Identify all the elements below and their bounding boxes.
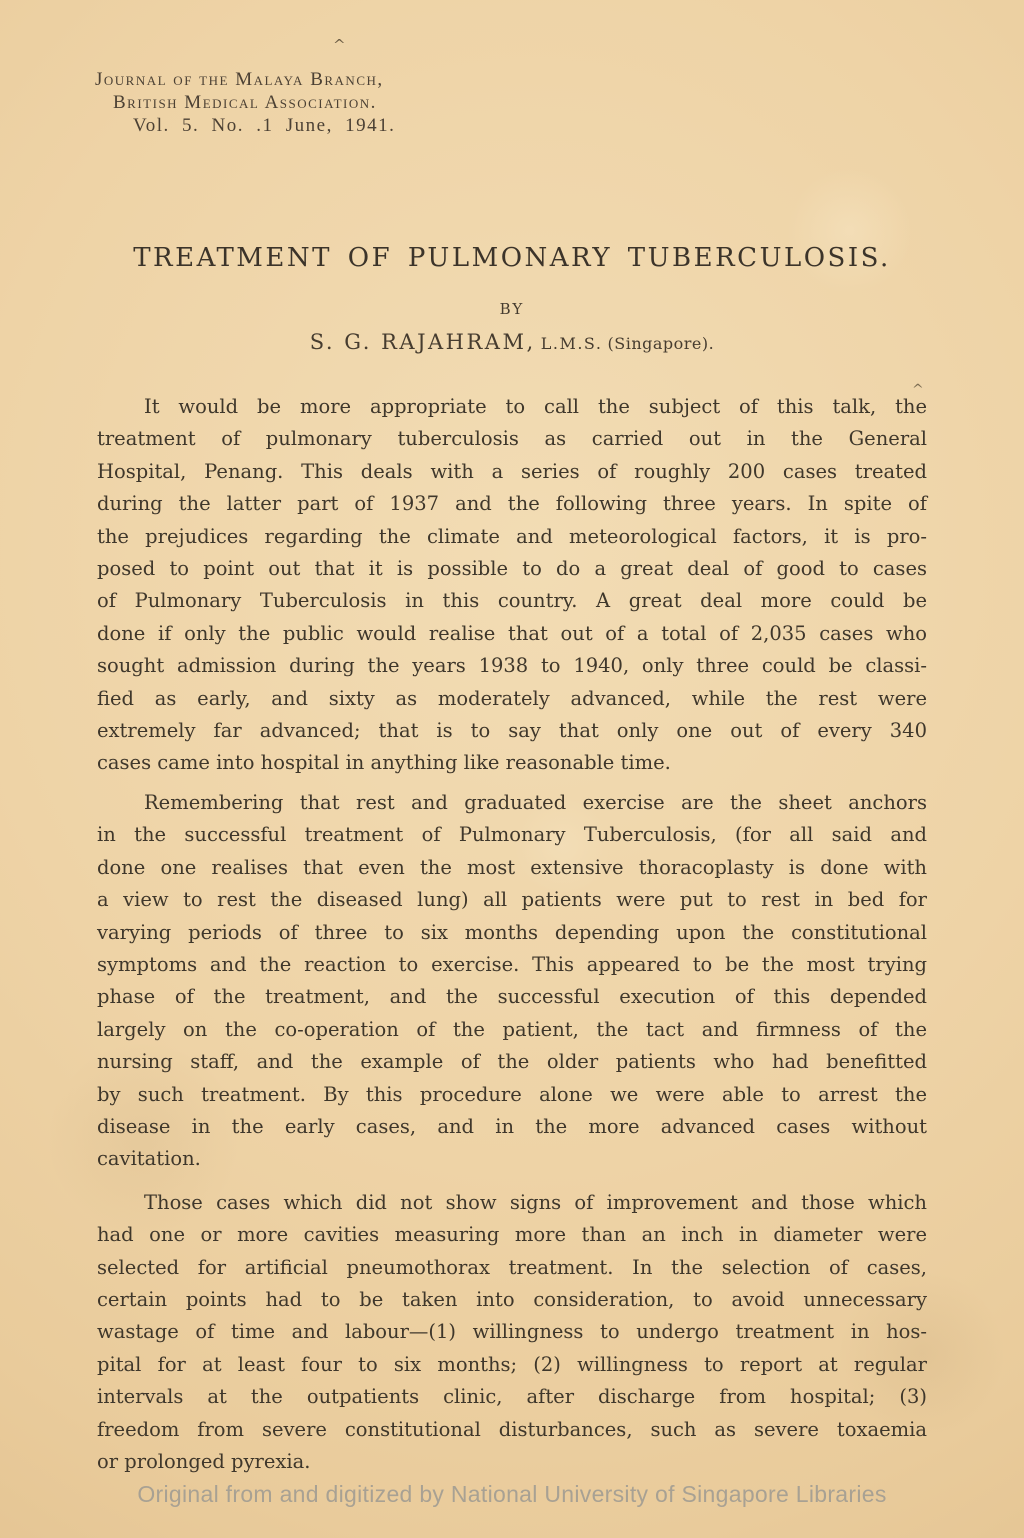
text-line: pital for at least four to six months; (… [97, 1349, 927, 1381]
text-line: cavitation. [97, 1143, 927, 1175]
text-line: done one realises that even the most ext… [97, 852, 927, 884]
byline: BY [0, 300, 1024, 318]
digitization-watermark: Original from and digitized by National … [0, 1481, 1024, 1508]
text-line: Hospital, Penang. This deals with a seri… [97, 456, 927, 488]
text-line: Remembering that rest and graduated exer… [97, 787, 927, 819]
paragraph: Remembering that rest and graduated exer… [97, 787, 927, 1176]
text-line: selected for artificial pneumothorax tre… [97, 1252, 927, 1284]
text-line: or prolonged pyrexia. [97, 1446, 927, 1478]
text-line: intervals at the outpatients clinic, aft… [97, 1381, 927, 1413]
text-line: had one or more cavities measuring more … [97, 1219, 927, 1251]
text-line: the prejudices regarding the climate and… [97, 521, 927, 553]
text-line: in the successful treatment of Pulmonary… [97, 819, 927, 851]
text-line: phase of the treatment, and the successf… [97, 981, 927, 1013]
text-line: symptoms and the reaction to exercise. T… [97, 949, 927, 981]
article-title: TREATMENT OF PULMONARY TUBERCULOSIS. [0, 243, 1024, 273]
text-line: nursing staff, and the example of the ol… [97, 1046, 927, 1078]
text-line: disease in the early cases, and in the m… [97, 1111, 927, 1143]
text-line: varying periods of three to six months d… [97, 917, 927, 949]
text-line: posed to point out that it is possible t… [97, 553, 927, 585]
article-body: It would be more appropriate to call the… [97, 391, 927, 1478]
text-line: wastage of time and labour—(1) willingne… [97, 1316, 927, 1348]
text-line: by such treatment. By this procedure alo… [97, 1079, 927, 1111]
scanned-document-page: ^ ^ Journal of the Malaya Branch, Britis… [0, 0, 1024, 1538]
paragraph: It would be more appropriate to call the… [97, 391, 927, 780]
text-line: during the latter part of 1937 and the f… [97, 488, 927, 520]
text-line: freedom from severe constitutional distu… [97, 1414, 927, 1446]
text-line: cases came into hospital in anything lik… [97, 747, 927, 779]
text-line: certain points had to be taken into cons… [97, 1284, 927, 1316]
text-line: extremely far advanced; that is to say t… [97, 715, 927, 747]
text-line: Those cases which did not show signs of … [97, 1187, 927, 1219]
text-line: a view to rest the diseased lung) all pa… [97, 884, 927, 916]
author-credentials: L.M.S. [541, 334, 603, 353]
journal-header: Journal of the Malaya Branch, British Me… [95, 68, 395, 137]
text-line: It would be more appropriate to call the… [97, 391, 927, 423]
author-location: (Singapore). [608, 334, 715, 353]
text-line: sought admission during the years 1938 t… [97, 650, 927, 682]
journal-name: Journal of the Malaya Branch, [95, 68, 395, 91]
text-line: treatment of pulmonary tuberculosis as c… [97, 423, 927, 455]
text-line: done if only the public would realise th… [97, 618, 927, 650]
text-line: of Pulmonary Tuberculosis in this countr… [97, 585, 927, 617]
author-line: S. G. RAJAHRAM, L.M.S. (Singapore). [0, 330, 1024, 354]
paragraph: Those cases which did not show signs of … [97, 1187, 927, 1479]
author-name: S. G. RAJAHRAM, [310, 330, 536, 354]
journal-volume-issue: Vol. 5. No. .1 June, 1941. [133, 114, 395, 137]
text-line: largely on the co-operation of the patie… [97, 1014, 927, 1046]
text-line: fied as early, and sixty as moderately a… [97, 683, 927, 715]
stray-mark-top: ^ [333, 36, 346, 54]
journal-association: British Medical Association. [113, 91, 395, 114]
